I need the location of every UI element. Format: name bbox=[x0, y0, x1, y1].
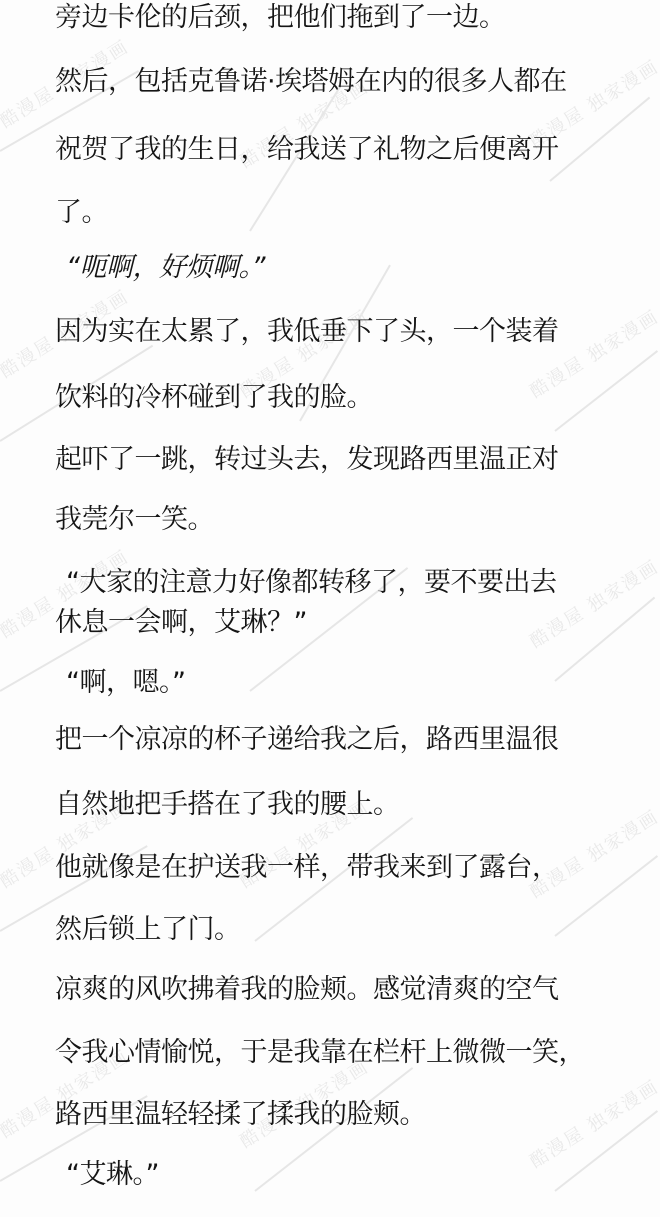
watermark-stroke bbox=[554, 350, 658, 432]
watermark-text: 酷漫屋 独家漫画 bbox=[524, 1073, 660, 1173]
watermark-stroke bbox=[554, 855, 658, 937]
text-line: 路西里温轻轻揉了揉我的脸颊。 bbox=[55, 1099, 426, 1131]
dialogue-line: “呃啊，好烦啊。” bbox=[66, 252, 265, 284]
text-line: 饮料的冷杯碰到了我的脸。 bbox=[55, 382, 373, 414]
text-line: 起吓了一跳，转过头去，发现路西里温正对 bbox=[55, 444, 559, 476]
text-line: 凉爽的风吹拂着我的脸颊。感觉清爽的空气 bbox=[55, 974, 559, 1006]
dialogue-line: 休息一会啊，艾琳？” bbox=[55, 607, 307, 639]
text-line: 把一个凉凉的杯子递给我之后，路西里温很 bbox=[55, 724, 559, 756]
dialogue-line: “大家的注意力好像都转移了，要不要出去 bbox=[66, 567, 557, 599]
text-line: 他就像是在护送我一样，带我来到了露台， bbox=[55, 852, 559, 884]
text-line: 旁边卡伦的后颈，把他们拖到了一边。 bbox=[55, 2, 506, 34]
text-line: 然后锁上了门。 bbox=[55, 914, 241, 946]
watermark-stroke bbox=[554, 1110, 658, 1192]
text-line: 祝贺了我的生日，给我送了礼物之后便离开 bbox=[55, 134, 559, 166]
text-line: 自然地把手搭在了我的腰上。 bbox=[55, 789, 400, 821]
text-line: 了。 bbox=[55, 197, 108, 229]
watermark-stroke bbox=[554, 597, 655, 682]
dialogue-line: “啊，嗯。” bbox=[66, 667, 185, 699]
dialogue-line: “艾琳。” bbox=[66, 1159, 159, 1191]
watermark-stroke bbox=[549, 97, 650, 182]
text-line: 因为实在太累了，我低垂下了头，一个装着 bbox=[55, 316, 559, 348]
text-line: 我莞尔一笑。 bbox=[55, 504, 214, 536]
text-line: 然后，包括克鲁诺·埃塔姆在内的很多人都在 bbox=[55, 66, 567, 98]
text-line: 令我心情愉悦，于是我靠在栏杆上微微一笑， bbox=[55, 1037, 585, 1069]
